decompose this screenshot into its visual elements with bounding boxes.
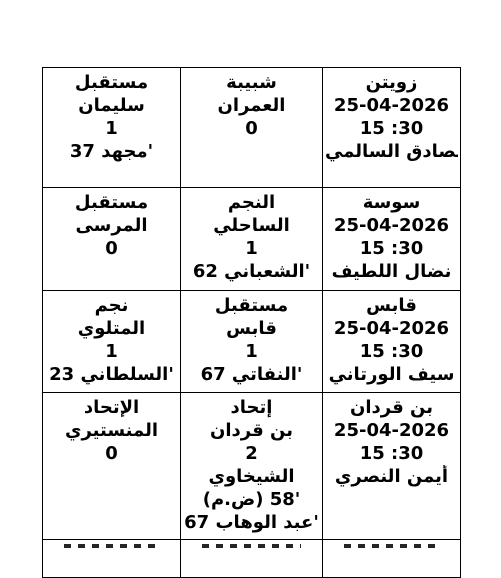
cell-match-info <box>323 540 461 557</box>
date-line: 25-04-2026 <box>325 419 458 442</box>
score-value: 1 <box>45 340 178 363</box>
cell-away-team: نجم المتلوي 1 السلطاني 23' <box>43 291 181 393</box>
team-name-line: قابس <box>183 317 320 340</box>
match-row: مستقبل المرسى 0 النجم الساحلي 1 الشعباني… <box>43 188 461 291</box>
scorer-line: عبد الوهاب 67' <box>183 511 320 534</box>
clipped-text-top <box>202 544 301 548</box>
time-line: 15 :30 <box>325 237 458 260</box>
score-value: 1 <box>45 117 178 140</box>
venue-line: زويتن <box>325 71 458 94</box>
score-value: 1 <box>183 340 320 363</box>
referee-line: سيف الورتاني <box>325 363 458 386</box>
time-line: 15 :30 <box>325 117 458 140</box>
date-line: 25-04-2026 <box>325 214 458 237</box>
team-name-line: إتحاد <box>183 396 320 419</box>
cell-home-team <box>181 540 323 557</box>
cell-home-team: النجم الساحلي 1 الشعباني 62' <box>181 188 323 291</box>
referee-line: الصادق السالمي <box>325 140 458 163</box>
date-line: 25-04-2026 <box>325 317 458 340</box>
team-name-line: سليمان <box>45 94 178 117</box>
cell-match-info: زويتن 25-04-2026 15 :30 الصادق السالمي <box>323 68 461 188</box>
team-name-line: الإتحاد <box>45 396 178 419</box>
match-results-table: مستقبل سليمان 1 مجهد 37' شبيبة العمران 0… <box>42 67 461 556</box>
scorer-line: السلطاني 23' <box>45 363 178 386</box>
cell-away-team <box>43 540 181 557</box>
cell-home-team: شبيبة العمران 0 <box>181 68 323 188</box>
score-value: 0 <box>183 117 320 140</box>
match-row-partial <box>43 540 461 557</box>
page: { "meta": { "background_color": "#ffffff… <box>0 0 501 556</box>
team-name-line: شبيبة <box>183 71 320 94</box>
scorer-line: الشيخاوي <box>183 465 320 488</box>
team-name-line: المنستيري <box>45 419 178 442</box>
team-name-line: بن قردان <box>183 419 320 442</box>
cell-match-info: سوسة 25-04-2026 15 :30 نضال اللطيف <box>323 188 461 291</box>
cell-away-team: الإتحاد المنستيري 0 <box>43 393 181 540</box>
team-name-line: نجم <box>45 294 178 317</box>
team-name-line: الساحلي <box>183 214 320 237</box>
clipped-text-top <box>344 544 440 548</box>
team-name-line: مستقبل <box>183 294 320 317</box>
venue-line: قابس <box>325 294 458 317</box>
score-value: 1 <box>183 237 320 260</box>
team-name-line: مستقبل <box>45 71 178 94</box>
team-name-line: النجم <box>183 191 320 214</box>
referee-line: أيمن النصري <box>325 465 458 488</box>
clipped-text-top <box>64 544 160 548</box>
team-name-line: العمران <box>183 94 320 117</box>
scorer-line: النفاتي 67' <box>183 363 320 386</box>
time-line: 15 :30 <box>325 442 458 465</box>
time-line: 15 :30 <box>325 340 458 363</box>
team-name-line: مستقبل <box>45 191 178 214</box>
cell-home-team: مستقبل قابس 1 النفاتي 67' <box>181 291 323 393</box>
score-value: 0 <box>45 442 178 465</box>
venue-line: سوسة <box>325 191 458 214</box>
team-name-line: المتلوي <box>45 317 178 340</box>
match-row: نجم المتلوي 1 السلطاني 23' مستقبل قابس 1… <box>43 291 461 393</box>
results-table-container: مستقبل سليمان 1 مجهد 37' شبيبة العمران 0… <box>42 67 461 556</box>
match-row: مستقبل سليمان 1 مجهد 37' شبيبة العمران 0… <box>43 68 461 188</box>
cell-home-team: إتحاد بن قردان 2 الشيخاوي (ض.م) 58' عبد … <box>181 393 323 540</box>
scorer-line: الشعباني 62' <box>183 260 320 283</box>
cell-match-info: بن قردان 25-04-2026 15 :30 أيمن النصري <box>323 393 461 540</box>
scorer-line: مجهد 37' <box>45 140 178 163</box>
match-row: الإتحاد المنستيري 0 إتحاد بن قردان 2 الش… <box>43 393 461 540</box>
cell-match-info: قابس 25-04-2026 15 :30 سيف الورتاني <box>323 291 461 393</box>
score-value: 0 <box>45 237 178 260</box>
referee-line: نضال اللطيف <box>325 260 458 283</box>
cell-away-team: مستقبل سليمان 1 مجهد 37' <box>43 68 181 188</box>
score-value: 2 <box>183 442 320 465</box>
date-line: 25-04-2026 <box>325 94 458 117</box>
venue-line: بن قردان <box>325 396 458 419</box>
team-name-line: المرسى <box>45 214 178 237</box>
cell-away-team: مستقبل المرسى 0 <box>43 188 181 291</box>
scorer-line: (ض.م) 58' <box>183 488 320 511</box>
